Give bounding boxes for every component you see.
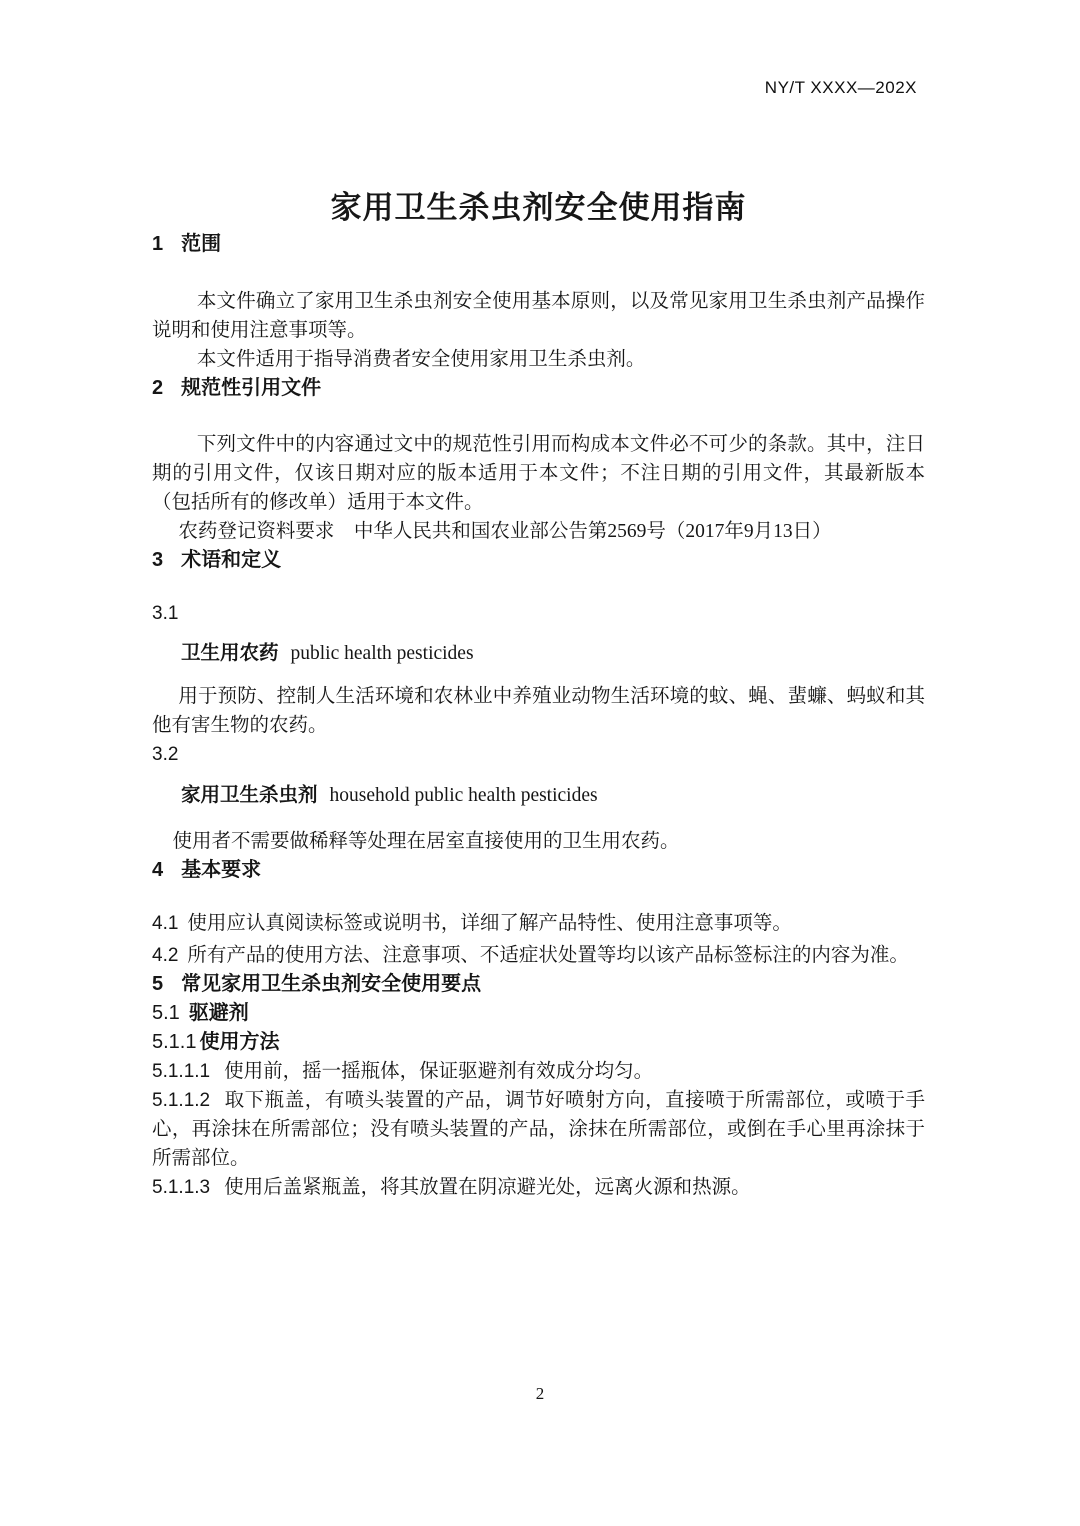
subclause-title: 驱避剂 — [189, 1002, 249, 1024]
clause-number: 4 — [152, 856, 163, 885]
subclause-5-1-heading: 5.1驱避剂 — [152, 999, 925, 1028]
clause-heading-normative-references: 2规范性引用文件 — [152, 374, 925, 403]
subclause-number: 5.1.1 — [152, 1031, 196, 1053]
clause-heading-scope: 1范围 — [152, 230, 925, 259]
clause-4-2: 4.2所有产品的使用方法、注意事项、不适症状处置等均以该产品标签标注的内容为准。 — [152, 941, 925, 970]
clause-text: 使用前，摇一摇瓶体，保证驱避剂有效成分均匀。 — [224, 1061, 653, 1082]
term-3-1-chinese: 卫生用农药 — [181, 642, 279, 664]
term-3-1-english: public health pesticides — [291, 643, 474, 664]
clause-heading-basic-requirements: 4基本要求 — [152, 856, 925, 885]
document-body: 家用卫生杀虫剂安全使用指南 1范围 本文件确立了家用卫生杀虫剂安全使用基本原则，… — [152, 0, 925, 1202]
clause-number: 4.1 — [152, 913, 178, 934]
clause-text: 使用应认真阅读标签或说明书，详细了解产品特性、使用注意事项等。 — [187, 913, 792, 934]
clause-title: 术语和定义 — [181, 549, 281, 571]
clause-text: 取下瓶盖，有喷头装置的产品，调节好喷射方向，直接喷于所需部位，或喷于手心，再涂抹… — [152, 1090, 925, 1169]
clause-number: 5 — [152, 970, 163, 999]
clause-text: 使用后盖紧瓶盖，将其放置在阴凉避光处，远离火源和热源。 — [224, 1177, 751, 1198]
normative-references-paragraph: 下列文件中的内容通过文中的规范性引用而构成本文件必不可少的条款。其中，注日期的引… — [152, 430, 925, 517]
clause-heading-terms-definitions: 3术语和定义 — [152, 546, 925, 575]
clause-number: 5.1.1.3 — [152, 1177, 210, 1198]
document-title: 家用卫生杀虫剂安全使用指南 — [152, 186, 925, 230]
clause-number: 5.1.1.1 — [152, 1061, 210, 1082]
clause-title: 规范性引用文件 — [181, 377, 321, 399]
term-3-1-entry: 卫生用农药public health pesticides — [152, 639, 925, 668]
clause-title: 基本要求 — [181, 859, 261, 881]
term-3-2-chinese: 家用卫生杀虫剂 — [181, 784, 318, 806]
clause-5-1-1-3: 5.1.1.3使用后盖紧瓶盖，将其放置在阴凉避光处，远离火源和热源。 — [152, 1173, 925, 1202]
clause-text: 所有产品的使用方法、注意事项、不适症状处置等均以该产品标签标注的内容为准。 — [187, 945, 909, 966]
scope-paragraph-2: 本文件适用于指导消费者安全使用家用卫生杀虫剂。 — [152, 345, 925, 374]
page-number: 2 — [0, 1384, 1080, 1404]
term-3-1-number: 3.1 — [152, 599, 925, 628]
normative-reference-item: 农药登记资料要求 中华人民共和国农业部公告第2569号（2017年9月13日） — [152, 517, 925, 546]
term-3-2-english: household public health pesticides — [330, 785, 598, 806]
term-3-2-definition: 使用者不需要做稀释等处理在居室直接使用的卫生用农药。 — [152, 827, 925, 856]
subclause-title: 使用方法 — [199, 1031, 279, 1053]
clause-title: 范围 — [181, 233, 221, 255]
clause-title: 常见家用卫生杀虫剂安全使用要点 — [181, 973, 481, 995]
term-3-2-number: 3.2 — [152, 740, 925, 769]
scope-paragraph-1: 本文件确立了家用卫生杀虫剂安全使用基本原则，以及常见家用卫生杀虫剂产品操作说明和… — [152, 287, 925, 345]
subclause-5-1-1-heading: 5.1.1使用方法 — [152, 1028, 925, 1057]
clause-number: 3 — [152, 546, 163, 575]
clause-5-1-1-1: 5.1.1.1使用前，摇一摇瓶体，保证驱避剂有效成分均匀。 — [152, 1057, 925, 1086]
clause-4-1: 4.1使用应认真阅读标签或说明书，详细了解产品特性、使用注意事项等。 — [152, 909, 925, 938]
term-3-2-entry: 家用卫生杀虫剂household public health pesticide… — [152, 781, 925, 810]
subclause-number: 5.1 — [152, 1002, 180, 1024]
clause-number: 4.2 — [152, 945, 178, 966]
clause-5-1-1-2: 5.1.1.2取下瓶盖，有喷头装置的产品，调节好喷射方向，直接喷于所需部位，或喷… — [152, 1086, 925, 1173]
clause-heading-safety-points: 5常见家用卫生杀虫剂安全使用要点 — [152, 970, 925, 999]
clause-number: 5.1.1.2 — [152, 1090, 210, 1111]
document-page: NY/T XXXX—202X 家用卫生杀虫剂安全使用指南 1范围 本文件确立了家… — [0, 0, 1080, 1526]
clause-number: 2 — [152, 374, 163, 403]
clause-number: 1 — [152, 230, 163, 259]
term-3-1-definition: 用于预防、控制人生活环境和农林业中养殖业动物生活环境的蚊、蝇、蜚蠊、蚂蚁和其他有… — [152, 682, 925, 740]
